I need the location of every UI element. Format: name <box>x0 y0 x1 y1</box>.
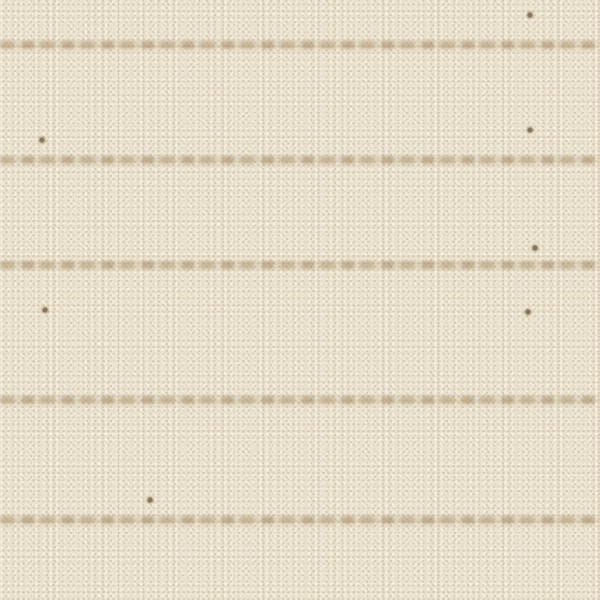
dark-fleck <box>37 135 47 145</box>
dark-fleck <box>145 495 155 505</box>
dark-fleck <box>525 10 535 20</box>
tan-stripe <box>0 516 600 524</box>
tan-stripe <box>0 261 600 269</box>
dark-fleck <box>40 305 50 315</box>
dark-fleck <box>523 307 533 317</box>
tan-stripe <box>0 41 600 49</box>
tan-stripe <box>0 156 600 164</box>
tan-stripe <box>0 396 600 404</box>
dark-fleck <box>530 243 540 253</box>
carpet-texture-photo <box>0 0 600 600</box>
dark-fleck <box>525 125 535 135</box>
